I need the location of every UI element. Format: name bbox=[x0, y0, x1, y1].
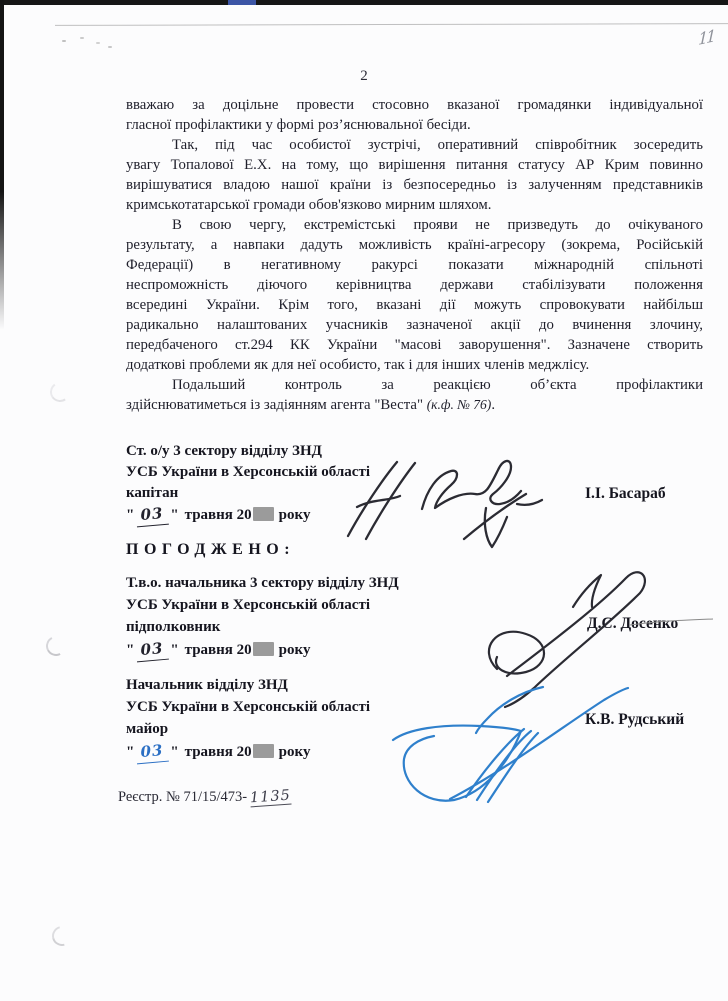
quote-mark: " bbox=[170, 744, 178, 760]
text-line: результату, а навпаки дадуть можливість … bbox=[126, 235, 703, 255]
rank-line: майор bbox=[126, 718, 370, 740]
basarab-signature bbox=[348, 461, 542, 547]
registry-line: Реєстр. № 71/15/473-1135 bbox=[118, 789, 291, 806]
signature-block-basarab: Ст. о/у 3 сектору відділу ЗНД УСБ Україн… bbox=[126, 441, 370, 526]
text-line: В свою чергу, екстремістські прояви не п… bbox=[126, 215, 703, 235]
scan-edge-top bbox=[0, 0, 728, 5]
month-text: травня 20 bbox=[185, 642, 252, 658]
handwritten-day: 03 bbox=[135, 739, 169, 765]
signatory-name-dosenko: Д.С. Досенко bbox=[587, 615, 678, 633]
handwritten-registry-number: 1135 bbox=[250, 788, 292, 808]
page-number: 2 bbox=[0, 68, 728, 85]
text-run-italic: (к.ф. № 76) bbox=[427, 397, 492, 412]
year-word: року bbox=[279, 642, 311, 658]
agreed-heading: ПОГОДЖЕНО: bbox=[126, 541, 295, 559]
text-line: передбаченого ст.294 КК України "масові … bbox=[126, 335, 703, 355]
rudskyi-signature bbox=[393, 687, 628, 802]
text-line: неспроможність діючого керівництва держа… bbox=[126, 275, 703, 295]
paragraph: В свою чергу, екстремістські прояви не п… bbox=[126, 215, 703, 375]
text-line: здійснюватиметься із задіянням агента "В… bbox=[126, 395, 703, 415]
document-body: вважаю за доцільне провести стосовно вка… bbox=[126, 95, 703, 415]
text-line: кримськотатарської громади обов'язково м… bbox=[126, 195, 703, 215]
hole-punch-mark bbox=[48, 380, 71, 403]
text-line: радикально налаштованих учасників зазнач… bbox=[126, 315, 703, 335]
handwritten-day: 03 bbox=[135, 637, 169, 663]
year-word: року bbox=[279, 507, 311, 523]
scan-fold-line bbox=[55, 23, 728, 26]
text-line: вважаю за доцільне провести стосовно вка… bbox=[126, 95, 703, 115]
paragraph: Подальший контроль за реакцією об’єкта п… bbox=[126, 375, 703, 415]
role-line: УСБ України в Херсонській області bbox=[126, 462, 370, 483]
text-run: здійснюватиметься із задіянням агента "В… bbox=[126, 397, 427, 413]
redaction-block bbox=[253, 507, 274, 521]
text-line: вирішуватися владою нашої країни із безп… bbox=[126, 175, 703, 195]
month-text: травня 20 bbox=[185, 507, 252, 523]
quote-mark: " bbox=[126, 507, 134, 523]
text-run: . bbox=[491, 397, 495, 413]
role-line: Ст. о/у 3 сектору відділу ЗНД bbox=[126, 441, 370, 462]
text-line: Так, під час особистої зустрічі, операти… bbox=[126, 135, 703, 155]
quote-mark: " bbox=[126, 744, 134, 760]
role-line: Т.в.о. начальника 3 сектору відділу ЗНД bbox=[126, 572, 399, 594]
dosenko-signature bbox=[489, 572, 645, 707]
date-line: "03"травня 20року bbox=[126, 638, 399, 661]
quote-mark: " bbox=[170, 507, 178, 523]
paragraph: вважаю за доцільне провести стосовно вка… bbox=[126, 95, 703, 135]
scan-edge-left bbox=[0, 0, 4, 330]
date-line: "03"травня 20року bbox=[126, 504, 370, 526]
rank-line: капітан bbox=[126, 483, 370, 504]
text-line: додаткові проблеми як для неї особисто, … bbox=[126, 355, 703, 375]
registry-label: Реєстр. № 71/15/473- bbox=[118, 789, 247, 805]
text-line: увагу Топалової Е.Х. на тому, що вирішен… bbox=[126, 155, 703, 175]
redaction-block bbox=[253, 744, 274, 758]
document-page: 11 2 вважаю за доцільне провести стосовн… bbox=[0, 0, 728, 1001]
rank-line: підполковник bbox=[126, 616, 399, 638]
quote-mark: " bbox=[126, 642, 134, 658]
signature-block-dosenko: Т.в.о. начальника 3 сектору відділу ЗНД … bbox=[126, 572, 399, 661]
hole-punch-mark bbox=[48, 922, 75, 949]
date-line: "03"травня 20року bbox=[126, 740, 370, 763]
handwritten-corner-number: 11 bbox=[697, 26, 714, 49]
role-line: УСБ України в Херсонській області bbox=[126, 696, 370, 718]
handwritten-day: 03 bbox=[135, 503, 169, 528]
role-line: Начальник відділу ЗНД bbox=[126, 674, 370, 696]
scan-edge-artifact bbox=[228, 0, 256, 5]
text-line: Федерації) в негативному ракурсі показат… bbox=[126, 255, 703, 275]
text-line: всередині України. Крім того, вказані ді… bbox=[126, 295, 703, 315]
redaction-block bbox=[253, 642, 274, 656]
month-text: травня 20 bbox=[185, 744, 252, 760]
hole-punch-mark bbox=[43, 633, 68, 658]
text-line: гласної профілактики у формі роз’яснювал… bbox=[126, 115, 703, 135]
signature-block-rudskyi: Начальник відділу ЗНД УСБ України в Херс… bbox=[126, 674, 370, 763]
scan-smudge bbox=[62, 40, 66, 42]
signatory-name-basarab: І.І. Басараб bbox=[585, 485, 666, 503]
paragraph: Так, під час особистої зустрічі, операти… bbox=[126, 135, 703, 215]
year-word: року bbox=[279, 744, 311, 760]
signatory-name-rudskyi: К.В. Рудський bbox=[585, 711, 684, 729]
quote-mark: " bbox=[170, 642, 178, 658]
role-line: УСБ України в Херсонській області bbox=[126, 594, 399, 616]
text-line: Подальший контроль за реакцією об’єкта п… bbox=[126, 375, 703, 395]
